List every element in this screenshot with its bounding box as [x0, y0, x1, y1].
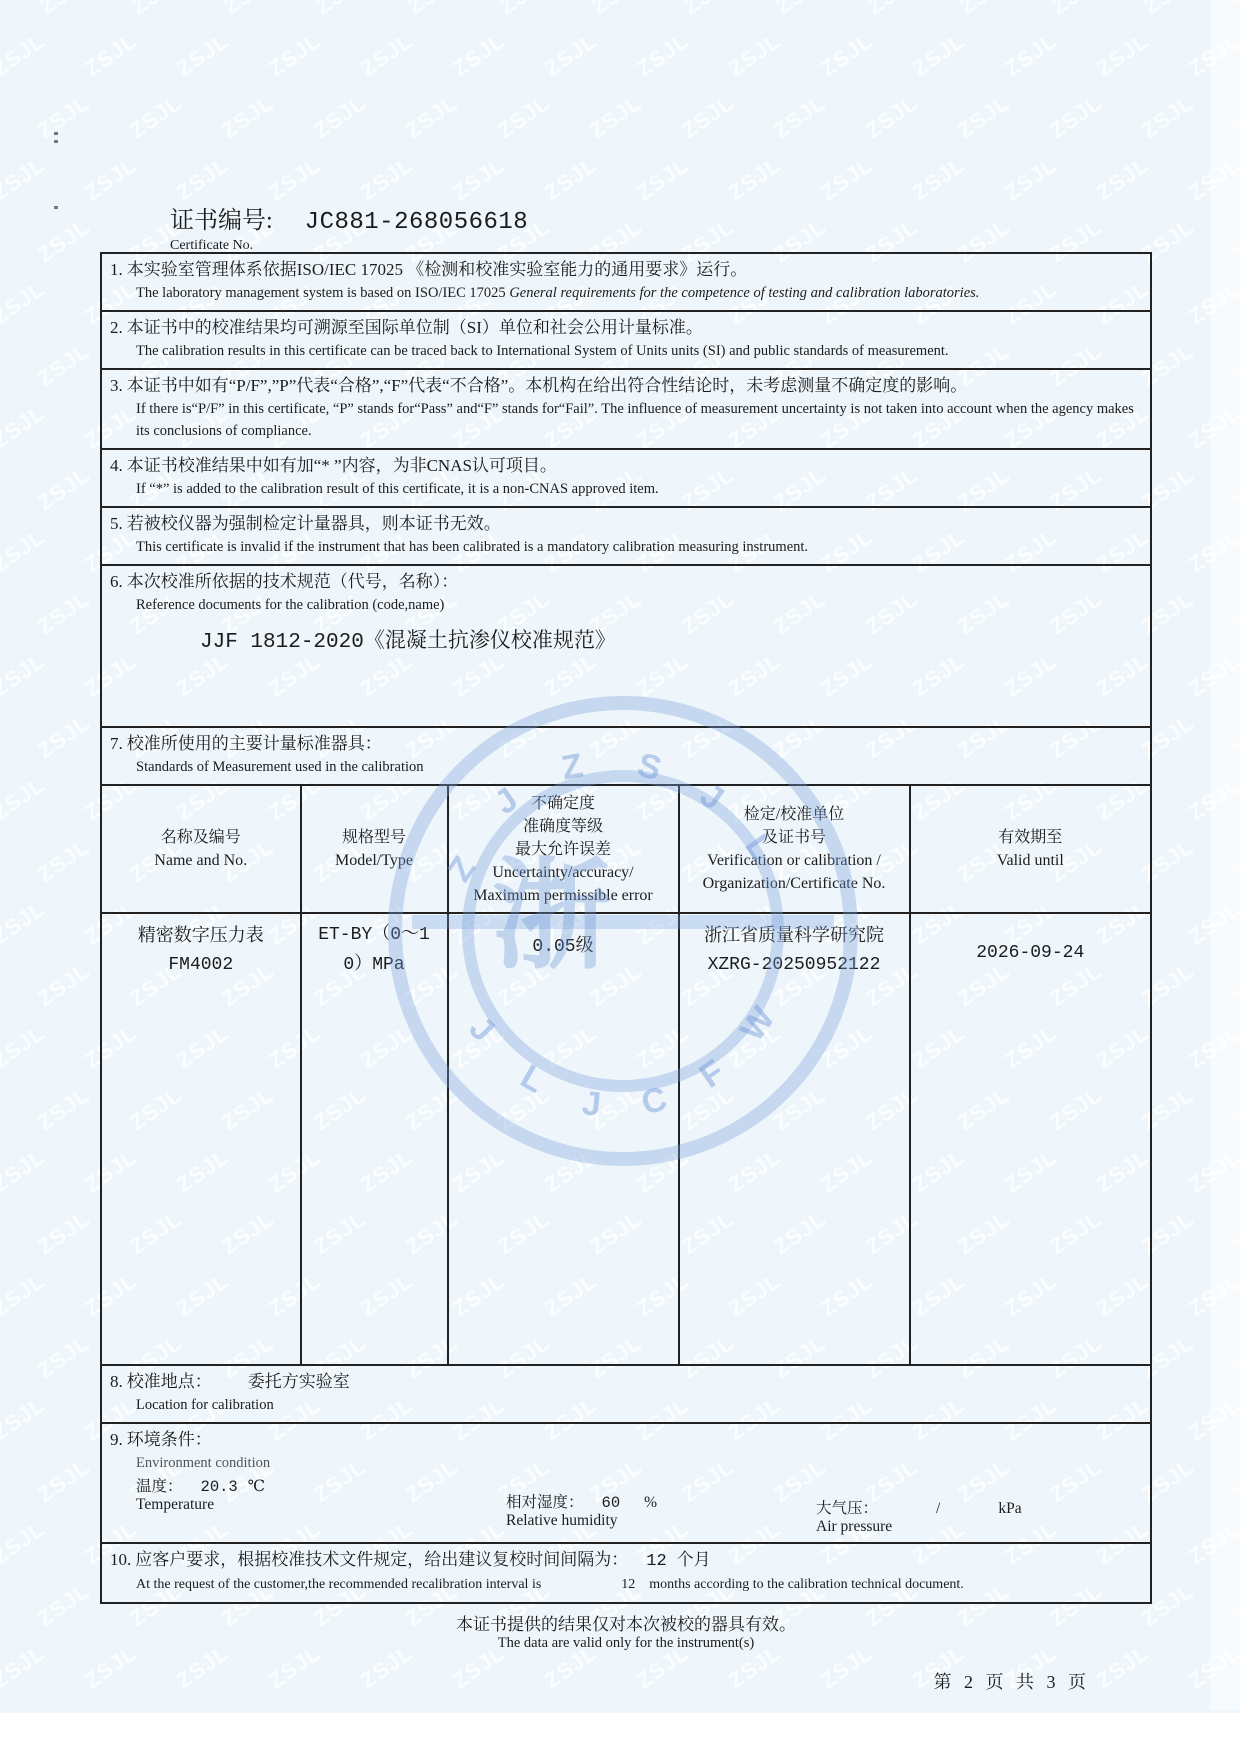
statement-5: 5.若被校仪器为强制检定计量器具，则本证书无效。 This certificat…	[100, 506, 1152, 564]
watermark-text: ZSJL	[587, 0, 649, 20]
statement-zh: 本实验室管理体系依据ISO/IEC 17025 《检测和校准实验室能力的通用要求…	[127, 260, 748, 279]
watermark-text: ZSJL	[80, 28, 142, 82]
valid-until-date: 2026-09-24	[915, 938, 1147, 968]
header-zh: 检定/校准单位 及证书号	[684, 803, 905, 849]
watermark-text: ZSJL	[0, 896, 51, 950]
statement-en: If there is“P/F” in this certificate, “P…	[110, 398, 1142, 442]
header-name: 名称及编号Name and No.	[101, 785, 301, 913]
section-title-zh: 本次校准所依据的技术规范（代号，名称）：	[127, 572, 459, 591]
scan-mark	[54, 132, 58, 135]
statement-3: 3.本证书中如有“P/F”,”P”代表“合格”,“F”代表“不合格”。本机构在给…	[100, 368, 1152, 448]
statement-en: The laboratory management system is base…	[136, 285, 509, 301]
watermark-text: ZSJL	[401, 90, 463, 144]
humidity-label-en: Relative humidity	[506, 1512, 816, 1530]
watermark-text: ZSJL	[493, 90, 555, 144]
temperature-value: 20.3	[201, 1478, 238, 1496]
watermark-text: ZSJL	[816, 28, 878, 82]
watermark-text: ZSJL	[172, 28, 234, 82]
statement-en: The calibration results in this certific…	[110, 340, 1142, 362]
watermark-text: ZSJL	[0, 28, 51, 82]
watermark-text: ZSJL	[0, 1392, 51, 1446]
watermark-text: ZSJL	[1047, 0, 1109, 20]
watermark-text: ZSJL	[0, 152, 51, 206]
watermark-text: ZSJL	[679, 0, 741, 20]
header-model: 规格型号Model/Type	[301, 785, 448, 913]
cell-model: ET-BY（0～10）MPa	[301, 913, 448, 1365]
instrument-number: FM4002	[106, 950, 296, 980]
pressure-group: 大气压：/kPa Air pressure	[816, 1474, 1022, 1536]
watermark-text: ZSJL	[1092, 152, 1154, 206]
temperature-unit: ℃	[248, 1478, 265, 1495]
watermark-text: ZSJL	[769, 90, 831, 144]
header-zh: 不确定度 准确度等级 最大允许误差	[453, 792, 674, 861]
location-value: 委托方实验室	[248, 1372, 350, 1391]
pressure-unit: kPa	[998, 1500, 1021, 1517]
watermark-text: ZSJL	[33, 1206, 95, 1260]
watermark-text: ZSJL	[80, 152, 142, 206]
humidity-label: 相对湿度：	[506, 1494, 584, 1511]
section-title-en: Reference documents for the calibration …	[110, 594, 1142, 616]
watermark-text: ZSJL	[1137, 90, 1199, 144]
watermark-text: ZSJL	[0, 1640, 51, 1694]
header-en: Uncertainty/accuracy/ Maximum permissibl…	[453, 861, 674, 907]
watermark-text: ZSJL	[0, 772, 51, 826]
pressure-label-en: Air pressure	[816, 1518, 1022, 1536]
watermark-text: ZSJL	[816, 152, 878, 206]
statement-2: 2.本证书中的校准结果均可溯源至国际单位制（SI）单位和社会公用计量标准。 Th…	[100, 310, 1152, 368]
watermark-text: ZSJL	[0, 1268, 51, 1322]
item-number: 7.	[110, 734, 123, 753]
certificate-number-block: 证书编号: JC881-268056618 Certificate No.	[170, 200, 528, 254]
watermark-text: ZSJL	[0, 1144, 51, 1198]
accuracy-value: 0.05级	[453, 932, 674, 962]
header-zh: 有效期至	[915, 826, 1147, 849]
section-title-zh: 校准所使用的主要计量标准器具：	[127, 734, 382, 753]
watermark-text: ZSJL	[1000, 152, 1062, 206]
watermark-text: ZSJL	[540, 152, 602, 206]
watermark-text: ZSJL	[1045, 90, 1107, 144]
recalibration-value: 12	[646, 1552, 666, 1571]
watermark-text: ZSJL	[677, 90, 739, 144]
watermark-text: ZSJL	[0, 276, 51, 330]
watermark-text: ZSJL	[33, 1578, 95, 1632]
item-number: 4.	[110, 456, 123, 475]
certificate-label-zh: 证书编号:	[170, 208, 273, 234]
location-section: 8.校准地点：委托方实验室 Location for calibration	[100, 1366, 1152, 1422]
watermark-text: ZSJL	[33, 462, 95, 516]
statement-zh: 本证书中如有“P/F”,”P”代表“合格”,“F”代表“不合格”。本机构在给出符…	[127, 376, 968, 395]
organization-cert-no: XZRG-20250952122	[684, 950, 905, 980]
recalibration-value-en: 12	[621, 1577, 635, 1592]
watermark-text: ZSJL	[33, 1082, 95, 1136]
model-line: ET-BY（0～1	[306, 920, 443, 950]
header-en: Model/Type	[306, 849, 443, 872]
watermark-text: ZSJL	[33, 1330, 95, 1384]
watermark-text: ZSJL	[0, 1020, 51, 1074]
item-number: 3.	[110, 376, 123, 395]
item-number: 9.	[110, 1430, 123, 1449]
watermark-text: ZSJL	[309, 90, 371, 144]
watermark-text: ZSJL	[311, 0, 373, 20]
environment-values: 温度：20.3℃ Temperature 相对湿度：60% Relative h…	[110, 1474, 1142, 1536]
watermark-text: ZSJL	[35, 0, 97, 20]
certificate-frame: 1.本实验室管理体系依据ISO/IEC 17025 《检测和校准实验室能力的通用…	[100, 252, 1152, 1652]
page-bottom-margin	[0, 1713, 1240, 1753]
watermark-text: ZSJL	[0, 648, 51, 702]
certificate-number: JC881-268056618	[305, 209, 529, 236]
recalibration-zh: 应客户要求，根据校准技术文件规定，给出建议复校时间间隔为：	[135, 1550, 628, 1569]
instrument-name: 精密数字压力表	[106, 920, 296, 950]
header-zh: 规格型号	[306, 826, 443, 849]
table-header-row: 名称及编号Name and No. 规格型号Model/Type 不确定度 准确…	[101, 785, 1151, 913]
scan-mark	[54, 206, 58, 209]
statement-zh: 若被校仪器为强制检定计量器具，则本证书无效。	[127, 514, 501, 533]
cell-name: 精密数字压力表FM4002	[101, 913, 301, 1365]
table-row: 精密数字压力表FM4002 ET-BY（0～10）MPa 0.05级 浙江省质量…	[101, 913, 1151, 1365]
page-number: 第 2 页 共 3 页	[934, 1668, 1091, 1694]
watermark-text: ZSJL	[33, 710, 95, 764]
cell-valid-until: 2026-09-24	[910, 913, 1152, 1365]
footer-note-en: The data are valid only for the instrume…	[100, 1635, 1152, 1652]
footer-note-zh: 本证书提供的结果仅对本次被校的器具有效。	[100, 1610, 1152, 1635]
watermark-text: ZSJL	[724, 28, 786, 82]
watermark-text: ZSJL	[955, 0, 1017, 20]
model-line: 0）MPa	[306, 950, 443, 980]
item-number: 6.	[110, 572, 123, 591]
temperature-label: 温度：	[136, 1478, 183, 1495]
pressure-label: 大气压：	[816, 1500, 878, 1517]
humidity-value: 60	[602, 1494, 621, 1512]
environment-label-zh: 环境条件：	[127, 1430, 212, 1449]
page-edge	[1210, 0, 1240, 1710]
statement-1: 1.本实验室管理体系依据ISO/IEC 17025 《检测和校准实验室能力的通用…	[100, 252, 1152, 310]
watermark-text: ZSJL	[33, 1454, 95, 1508]
watermark-text: ZSJL	[724, 152, 786, 206]
watermark-text: ZSJL	[495, 0, 557, 20]
item-number: 8.	[110, 1372, 123, 1391]
watermark-text: ZSJL	[33, 958, 95, 1012]
statement-en: This certificate is invalid if the instr…	[110, 536, 1142, 558]
item-number: 10.	[110, 1550, 131, 1569]
watermark-text: ZSJL	[1000, 28, 1062, 82]
header-uncertainty: 不确定度 准确度等级 最大允许误差Uncertainty/accuracy/ M…	[448, 785, 679, 913]
watermark-text: ZSJL	[908, 152, 970, 206]
temperature-group: 温度：20.3℃ Temperature	[136, 1474, 506, 1514]
header-organization: 检定/校准单位 及证书号Verification or calibration …	[679, 785, 910, 913]
humidity-unit: %	[644, 1494, 657, 1511]
recalibration-section: 10.应客户要求，根据校准技术文件规定，给出建议复校时间间隔为：12个月 At …	[100, 1542, 1152, 1604]
recalibration-en-prefix: At the request of the customer,the recom…	[136, 1577, 541, 1592]
watermark-text: ZSJL	[953, 90, 1015, 144]
cell-organization: 浙江省质量科学研究院XZRG-20250952122	[679, 913, 910, 1365]
recalibration-unit-zh: 个月	[677, 1550, 711, 1569]
watermark-text: ZSJL	[0, 0, 6, 20]
watermark-text: ZSJL	[0, 400, 51, 454]
watermark-text: ZSJL	[264, 152, 326, 206]
watermark-text: ZSJL	[33, 338, 95, 392]
reference-documents-section: 6.本次校准所依据的技术规范（代号，名称）： Reference documen…	[100, 564, 1152, 726]
temperature-label-en: Temperature	[136, 1496, 506, 1514]
watermark-text: ZSJL	[33, 586, 95, 640]
watermark-text: ZSJL	[403, 0, 465, 20]
watermark-text: ZSJL	[217, 90, 279, 144]
statement-en: If “*” is added to the calibration resul…	[110, 478, 1142, 500]
environment-section: 9.环境条件： Environment condition 温度：20.3℃ T…	[100, 1422, 1152, 1542]
item-number: 5.	[110, 514, 123, 533]
watermark-text: ZSJL	[125, 90, 187, 144]
statement-zh: 本证书中的校准结果均可溯源至国际单位制（SI）单位和社会公用计量标准。	[127, 318, 703, 337]
location-label-zh: 校准地点：	[127, 1372, 212, 1391]
watermark-text: ZSJL	[448, 28, 510, 82]
standard-title: General requirements for the competence …	[509, 285, 979, 301]
watermark-text: ZSJL	[540, 28, 602, 82]
footer-note: 本证书提供的结果仅对本次被校的器具有效。 The data are valid …	[100, 1610, 1152, 1652]
recalibration-en-suffix: months according to the calibration tech…	[649, 1577, 964, 1592]
standards-table: 名称及编号Name and No. 规格型号Model/Type 不确定度 准确…	[100, 784, 1152, 1366]
watermark-text: ZSJL	[1092, 28, 1154, 82]
watermark-text: ZSJL	[908, 28, 970, 82]
scan-mark	[54, 140, 58, 143]
watermark-text: ZSJL	[356, 152, 418, 206]
watermark-text: ZSJL	[356, 28, 418, 82]
header-en: Valid until	[915, 849, 1147, 872]
watermark-text: ZSJL	[264, 28, 326, 82]
watermark-text: ZSJL	[448, 152, 510, 206]
watermark-text: ZSJL	[219, 0, 281, 20]
watermark-text: ZSJL	[863, 0, 925, 20]
environment-label-en: Environment condition	[110, 1452, 1142, 1474]
header-en: Name and No.	[106, 849, 296, 872]
watermark-text: ZSJL	[632, 28, 694, 82]
watermark-text: ZSJL	[0, 1516, 51, 1570]
watermark-text: ZSJL	[33, 90, 95, 144]
watermark-text: ZSJL	[172, 152, 234, 206]
section-title-en: Standards of Measurement used in the cal…	[110, 756, 1142, 778]
location-label-en: Location for calibration	[110, 1394, 1142, 1416]
item-number: 2.	[110, 318, 123, 337]
statement-zh: 本证书校准结果中如有加“* ”内容，为非CNAS认可项目。	[127, 456, 557, 475]
watermark-text: ZSJL	[771, 0, 833, 20]
header-en: Verification or calibration / Organizati…	[684, 849, 905, 895]
watermark-text: ZSJL	[632, 152, 694, 206]
humidity-group: 相对湿度：60% Relative humidity	[506, 1474, 816, 1530]
watermark-text: ZSJL	[127, 0, 189, 20]
watermark-text: ZSJL	[0, 524, 51, 578]
watermark-text: ZSJL	[33, 214, 95, 268]
standards-section: 7.校准所使用的主要计量标准器具： Standards of Measureme…	[100, 726, 1152, 784]
watermark-text: ZSJL	[33, 834, 95, 888]
header-valid-until: 有效期至Valid until	[910, 785, 1152, 913]
watermark-text: ZSJL	[1139, 0, 1201, 20]
reference-document: JJF 1812-2020《混凝土抗渗仪校准规范》	[110, 624, 1142, 654]
item-number: 1.	[110, 260, 123, 279]
pressure-value: /	[936, 1500, 940, 1517]
watermark-text: ZSJL	[585, 90, 647, 144]
header-zh: 名称及编号	[106, 826, 296, 849]
organization-name: 浙江省质量科学研究院	[684, 920, 905, 950]
watermark-text: ZSJL	[861, 90, 923, 144]
cell-accuracy: 0.05级	[448, 913, 679, 1365]
statement-4: 4.本证书校准结果中如有加“* ”内容，为非CNAS认可项目。 If “*” i…	[100, 448, 1152, 506]
